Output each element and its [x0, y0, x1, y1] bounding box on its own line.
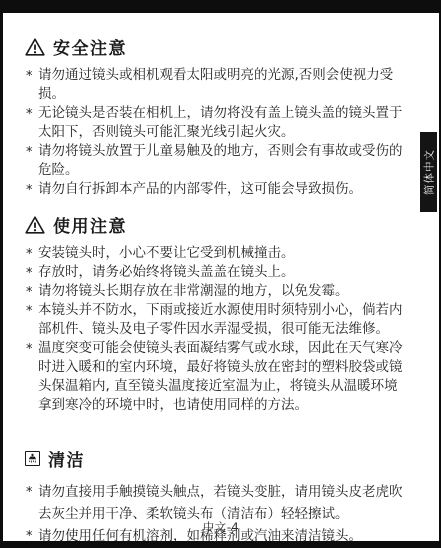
language-tab-label: 简体中文	[421, 149, 436, 195]
language-section-tab: 简体中文	[420, 132, 437, 212]
section-usage: 使用注意 *安装镜头时，小心不要让它受到机械撞击。 *存放时，请务必始终将镜头盖…	[25, 212, 411, 415]
cleaning-brush-icon	[25, 451, 40, 466]
list-item: *请勿自行拆卸本产品的内部零件，这可能会导致损伤。	[25, 180, 411, 199]
list-item-text: 存放时，请务必始终将镜头盖盖在镜头上。	[38, 264, 295, 280]
scanned-manual-frame: 安全注意 *请勿通过镜头或相机观看太阳或明亮的光源,否则会使视力受损。 *无论镜…	[0, 0, 441, 548]
list-item: *无论镜头是否装在相机上，请勿将没有盖上镜头盖的镜头置于太阳下，否则镜头可能汇聚…	[25, 104, 411, 142]
list-item-text: 温度突变可能会使镜头表面凝结雾气或水球，因此在天气寒冷时进入暖和的室内环境，最好…	[38, 340, 403, 413]
usage-list: *安装镜头时，小心不要让它受到机械撞击。 *存放时，请务必始终将镜头盖盖在镜头上…	[25, 244, 411, 415]
bullet-asterisk: *	[26, 105, 33, 124]
bullet-asterisk: *	[26, 302, 33, 321]
bullet-asterisk: *	[26, 283, 33, 302]
bullet-asterisk: *	[26, 340, 33, 359]
bullet-asterisk: *	[26, 482, 33, 504]
list-item: *请勿通过镜头或相机观看太阳或明亮的光源,否则会使视力受损。	[25, 66, 411, 104]
list-item: *安装镜头时，小心不要让它受到机械撞击。	[25, 244, 411, 263]
section-cleaning-title: 清洁	[25, 446, 411, 471]
list-item: *温度突变可能会使镜头表面凝结雾气或水球，因此在天气寒冷时进入暖和的室内环境，最…	[25, 339, 411, 415]
manual-page: 安全注意 *请勿通过镜头或相机观看太阳或明亮的光源,否则会使视力受损。 *无论镜…	[3, 13, 439, 541]
section-title-text: 使用注意	[53, 212, 127, 237]
list-item: *本镜头并不防水，下雨或接近水源使用时须特别小心，倘若内部机件、镜头及电子零件因…	[25, 301, 411, 339]
section-title-text: 安全注意	[53, 34, 127, 59]
list-item: *存放时，请务必始终将镜头盖盖在镜头上。	[25, 263, 411, 282]
cleaning-list: *请勿直接用手触摸镜头触点，若镜头变脏，请用镜头皮老虎吹去灰尘并用干净、柔软镜头…	[25, 481, 411, 547]
bullet-asterisk: *	[26, 143, 33, 162]
list-item-text: 请勿直接用手触摸镜头触点，若镜头变脏，请用镜头皮老虎吹去灰尘并用干净、柔软镜头布…	[38, 484, 403, 522]
warning-triangle-icon	[25, 38, 45, 56]
page-number: 中文-4	[3, 519, 439, 535]
bullet-asterisk: *	[26, 264, 33, 283]
bullet-asterisk: *	[26, 181, 33, 200]
list-item-text: 本镜头并不防水，下雨或接近水源使用时须特别小心，倘若内部机件、镜头及电子零件因水…	[38, 302, 403, 337]
list-item-text: 请勿将镜头放置于儿童易触及的地方，否则会有事故或受伤的危险。	[38, 143, 403, 178]
section-usage-title: 使用注意	[25, 212, 411, 237]
page-content: 安全注意 *请勿通过镜头或相机观看太阳或明亮的光源,否则会使视力受损。 *无论镜…	[3, 34, 439, 547]
safety-list: *请勿通过镜头或相机观看太阳或明亮的光源,否则会使视力受损。 *无论镜头是否装在…	[25, 66, 411, 199]
list-item-text: 请勿将镜头长期存放在非常潮湿的地方，以免发霉。	[38, 283, 349, 299]
bullet-asterisk: *	[26, 245, 33, 264]
section-safety-title: 安全注意	[25, 34, 411, 59]
list-item-text: 请勿通过镜头或相机观看太阳或明亮的光源,否则会使视力受损。	[38, 67, 393, 102]
warning-triangle-icon	[25, 216, 45, 234]
list-item-text: 安装镜头时，小心不要让它受到机械撞击。	[38, 245, 295, 261]
section-safety: 安全注意 *请勿通过镜头或相机观看太阳或明亮的光源,否则会使视力受损。 *无论镜…	[25, 34, 411, 199]
list-item: *请勿将镜头放置于儿童易触及的地方，否则会有事故或受伤的危险。	[25, 142, 411, 180]
bullet-asterisk: *	[26, 67, 33, 86]
list-item-text: 无论镜头是否装在相机上，请勿将没有盖上镜头盖的镜头置于太阳下，否则镜头可能汇聚光…	[38, 105, 403, 140]
list-item-text: 请勿自行拆卸本产品的内部零件，这可能会导致损伤。	[38, 181, 362, 197]
section-title-text: 清洁	[48, 446, 85, 471]
list-item: *请勿将镜头长期存放在非常潮湿的地方，以免发霉。	[25, 282, 411, 301]
